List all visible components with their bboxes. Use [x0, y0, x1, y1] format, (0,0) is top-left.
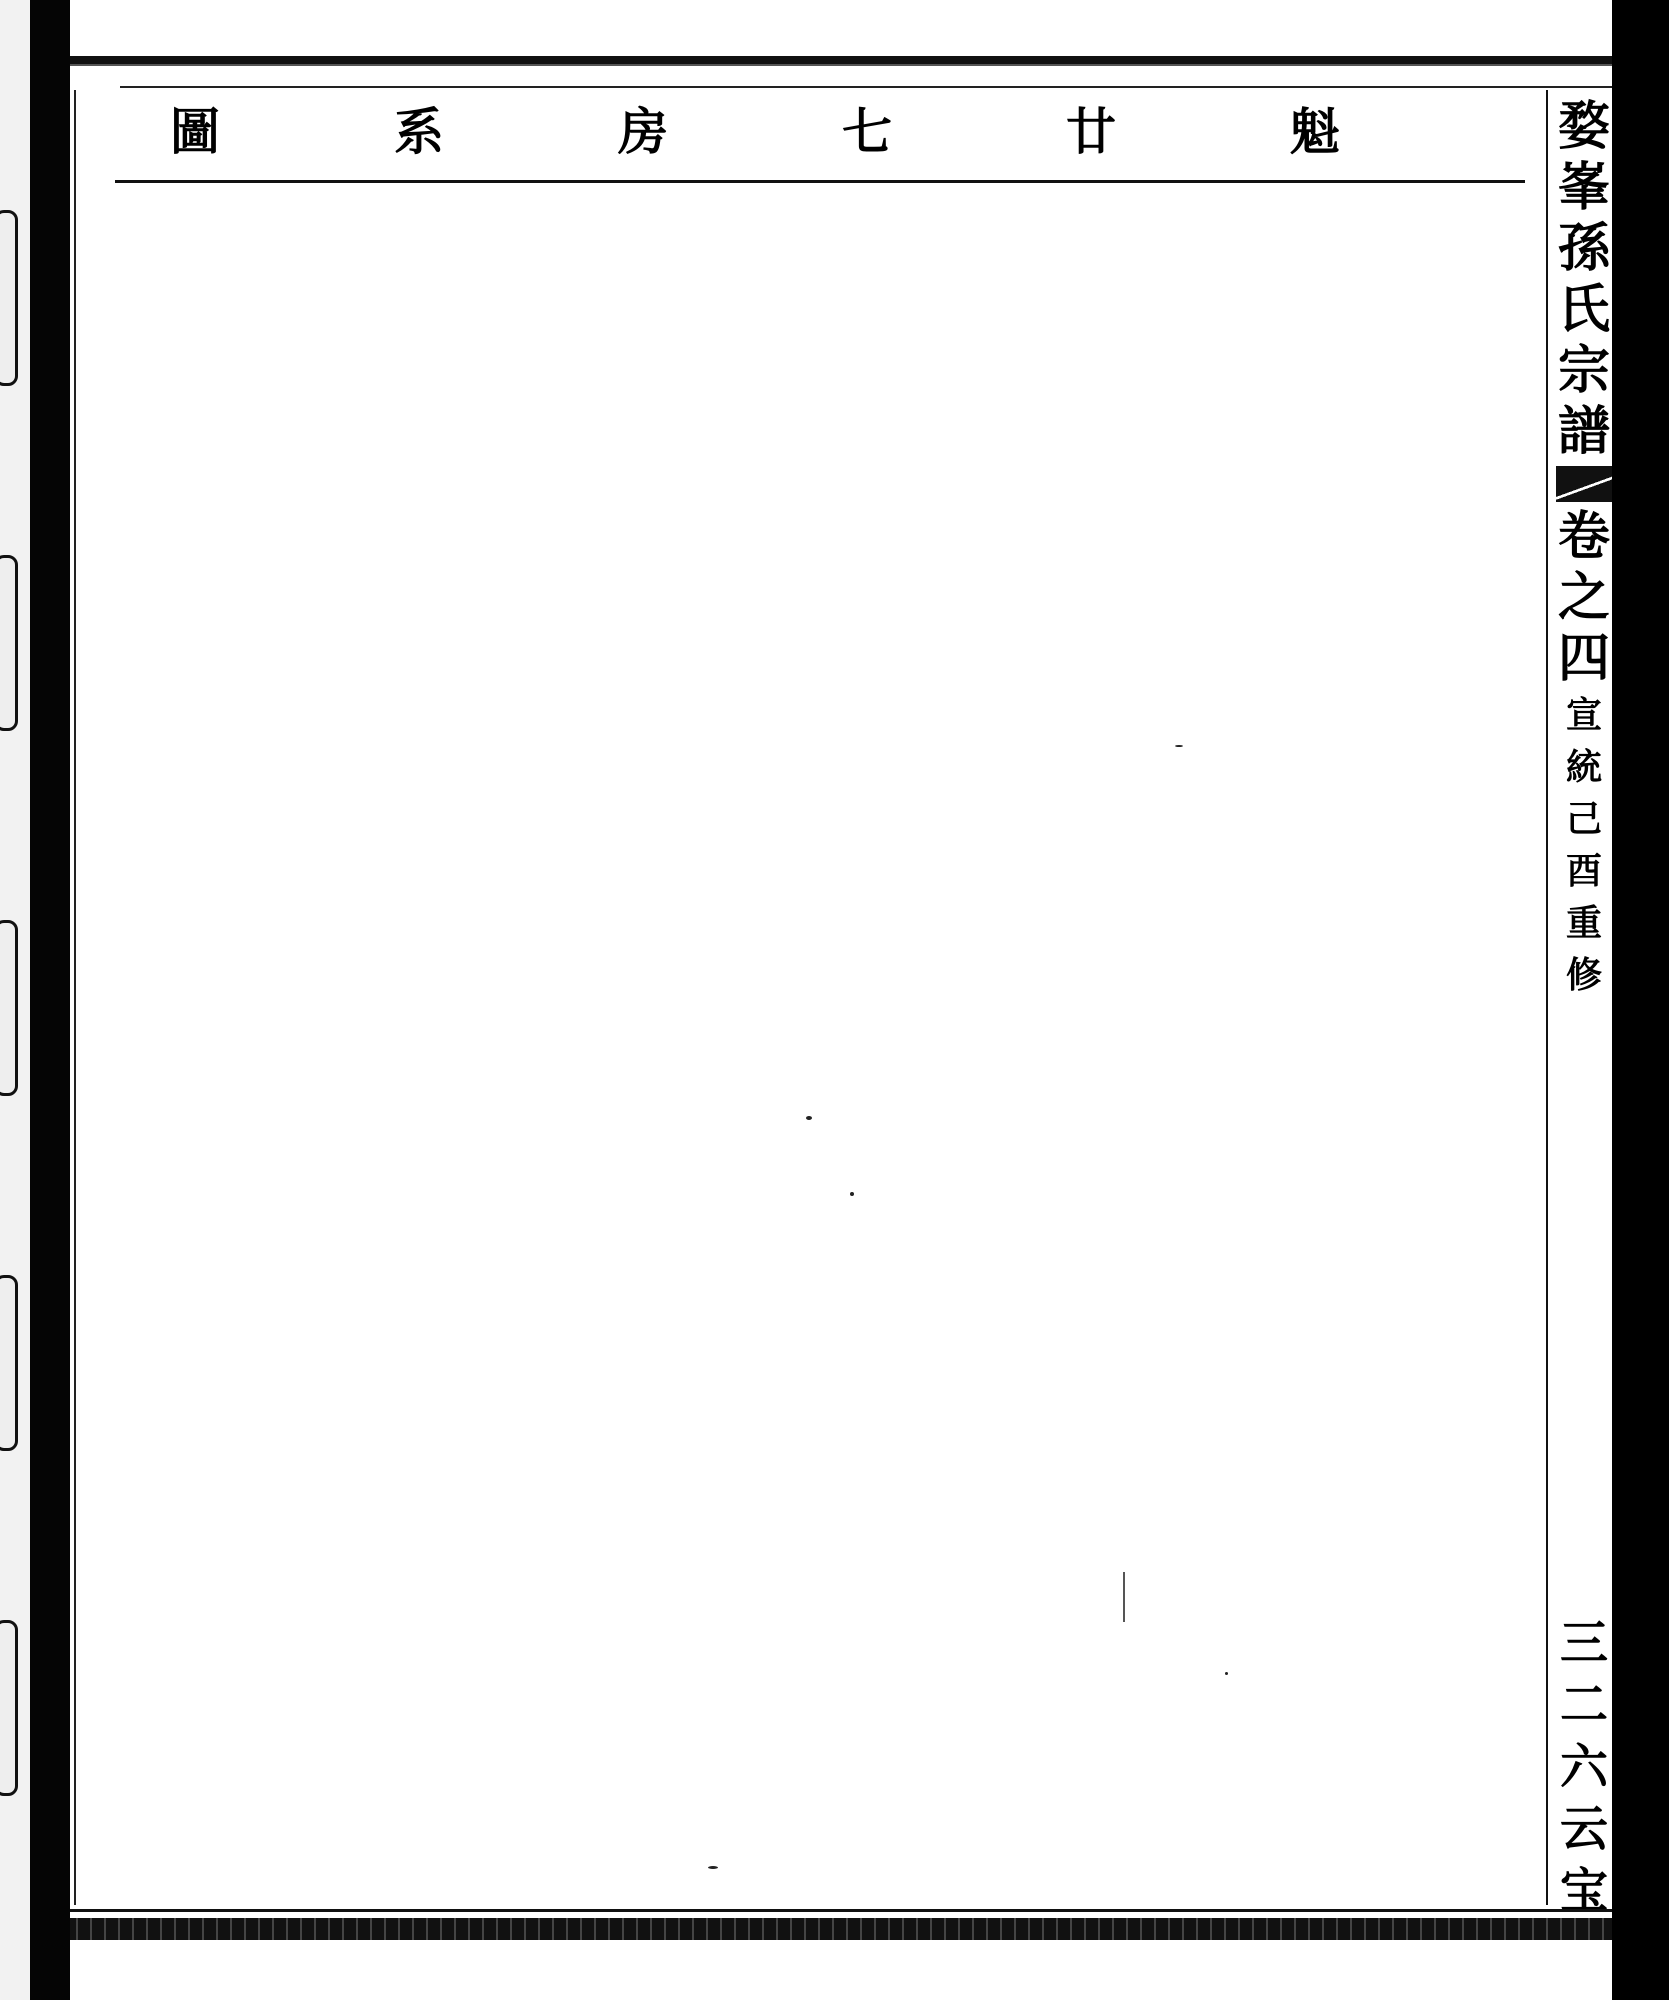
previous-page-tab: [0, 1275, 18, 1451]
previous-page-tab: [0, 920, 18, 1096]
previous-page-tab: [0, 555, 18, 731]
hall-name-char: 云: [1560, 1798, 1608, 1860]
title-char: 魁: [1290, 107, 1340, 157]
previous-page-edge: [0, 0, 30, 2000]
volume-char: 之: [1558, 567, 1610, 628]
ink-mark: [1123, 1572, 1125, 1622]
margin-divider-line: [1546, 90, 1548, 1905]
page-number: 三 二 六 云 宝: [1556, 1612, 1612, 1922]
title-char: 系: [394, 107, 444, 157]
edition-char: 酉: [1566, 845, 1602, 897]
title-char: 七: [842, 107, 892, 157]
ink-speck: [708, 1866, 718, 1869]
book-title-char: 峯: [1558, 157, 1610, 218]
bottom-inner-rule: [70, 1909, 1612, 1912]
book-spine: [30, 0, 70, 2000]
title-char: 房: [618, 107, 668, 157]
top-inner-rule: [120, 86, 1612, 88]
ink-speck: [850, 1192, 854, 1196]
edition-char: 統: [1566, 741, 1602, 793]
page-title: 魁 廿 七 房 系 圖: [170, 92, 1340, 172]
volume-char: 卷: [1558, 506, 1610, 567]
ink-speck: [1225, 1672, 1228, 1675]
edition-char: 修: [1566, 949, 1602, 1001]
frame-left-line: [74, 90, 76, 1905]
previous-page-tab: [0, 210, 18, 386]
title-char: 圖: [170, 107, 220, 157]
book-title-char: 孫: [1558, 218, 1610, 279]
book-title-char: 譜: [1558, 401, 1610, 462]
fish-tail-mark-icon: [1556, 466, 1612, 502]
previous-page-tab: [0, 1620, 18, 1796]
book-title-char: 氏: [1558, 279, 1610, 340]
hall-name-char: 宝: [1560, 1860, 1608, 1922]
right-page-edge: [1612, 0, 1669, 2000]
book-title-char: 宗: [1558, 340, 1610, 401]
volume-char: 四: [1558, 628, 1610, 689]
title-char: 廿: [1066, 107, 1116, 157]
ink-speck: [806, 1116, 812, 1120]
page-number-char: 二: [1560, 1674, 1608, 1736]
edition-char: 宣: [1566, 689, 1602, 741]
page-number-char: 六: [1560, 1736, 1608, 1798]
header-underline: [115, 180, 1525, 183]
ink-speck: [1175, 745, 1183, 747]
book-title-margin: 婺 峯 孫 氏 宗 譜 卷 之 四 宣 統 己 酉 重 修: [1556, 96, 1612, 1001]
page-number-char: 三: [1560, 1612, 1608, 1674]
edition-char: 己: [1566, 793, 1602, 845]
edition-char: 重: [1566, 897, 1602, 949]
top-border-rule: [70, 56, 1612, 64]
book-title-char: 婺: [1558, 96, 1610, 157]
bottom-border-rule: [70, 1918, 1612, 1940]
